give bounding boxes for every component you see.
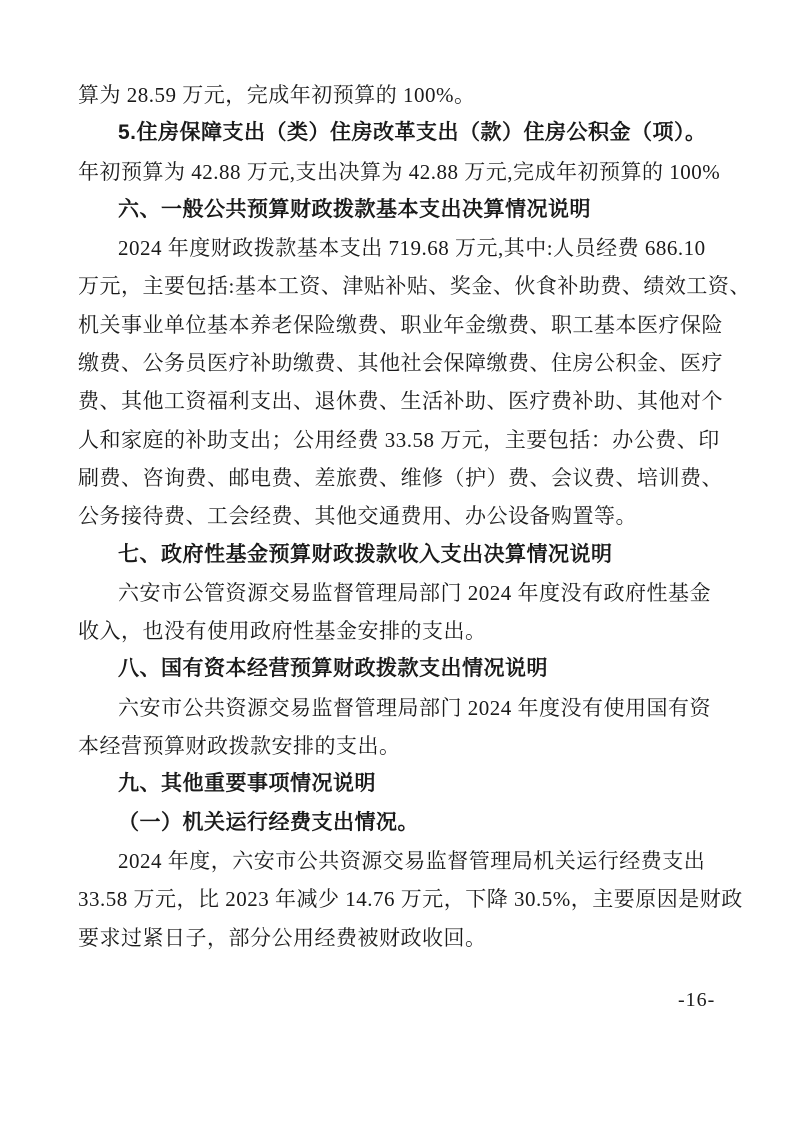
body-line: 公务接待费、工会经费、其他交通费用、办公设备购置等。 [78,497,718,535]
body-line: 33.58 万元，比 2023 年减少 14.76 万元，下降 30.5%，主要… [78,880,718,918]
body-line: 六安市公管资源交易监督管理局部门 2024 年度没有政府性基金 [78,574,718,612]
body-line: 六安市公共资源交易监督管理局部门 2024 年度没有使用国有资 [78,689,718,727]
body-line: 缴费、公务员医疗补助缴费、其他社会保障缴费、住房公积金、医疗 [78,344,718,382]
body-line: 万元，主要包括:基本工资、津贴补贴、奖金、伙食补助费、绩效工资、 [78,267,718,305]
body-line: 年初预算为 42.88 万元,支出决算为 42.88 万元,完成年初预算的 10… [78,153,718,191]
body-line: 费、其他工资福利支出、退休费、生活补助、医疗费补助、其他对个 [78,382,718,420]
heading-line: 七、政府性基金预算财政拨款收入支出决算情况说明 [78,536,718,574]
heading-line: （一）机关运行经费支出情况。 [78,804,718,842]
body-line: 2024 年度财政拨款基本支出 719.68 万元,其中:人员经费 686.10 [78,229,718,267]
body-line: 人和家庭的补助支出；公用经费 33.58 万元，主要包括：办公费、印 [78,421,718,459]
body-line: 机关事业单位基本养老保险缴费、职业年金缴费、职工基本医疗保险 [78,306,718,344]
body-line: 收入，也没有使用政府性基金安排的支出。 [78,612,718,650]
heading-line: 六、一般公共预算财政拨款基本支出决算情况说明 [78,191,718,229]
body-line: 本经营预算财政拨款安排的支出。 [78,727,718,765]
document-content: 算为 28.59 万元，完成年初预算的 100%。5.住房保障支出（类）住房改革… [78,76,718,957]
page-number: -16- [678,988,715,1012]
body-line: 2024 年度，六安市公共资源交易监督管理局机关运行经费支出 [78,842,718,880]
document-page: 算为 28.59 万元，完成年初预算的 100%。5.住房保障支出（类）住房改革… [0,0,793,1122]
body-line: 要求过紧日子，部分公用经费被财政收回。 [78,919,718,957]
heading-line: 九、其他重要事项情况说明 [78,765,718,803]
body-line: 算为 28.59 万元，完成年初预算的 100%。 [78,76,718,114]
heading-line: 八、国有资本经营预算财政拨款支出情况说明 [78,650,718,688]
heading-line: 5.住房保障支出（类）住房改革支出（款）住房公积金（项）。 [78,114,718,152]
body-line: 刷费、咨询费、邮电费、差旅费、维修（护）费、会议费、培训费、 [78,459,718,497]
